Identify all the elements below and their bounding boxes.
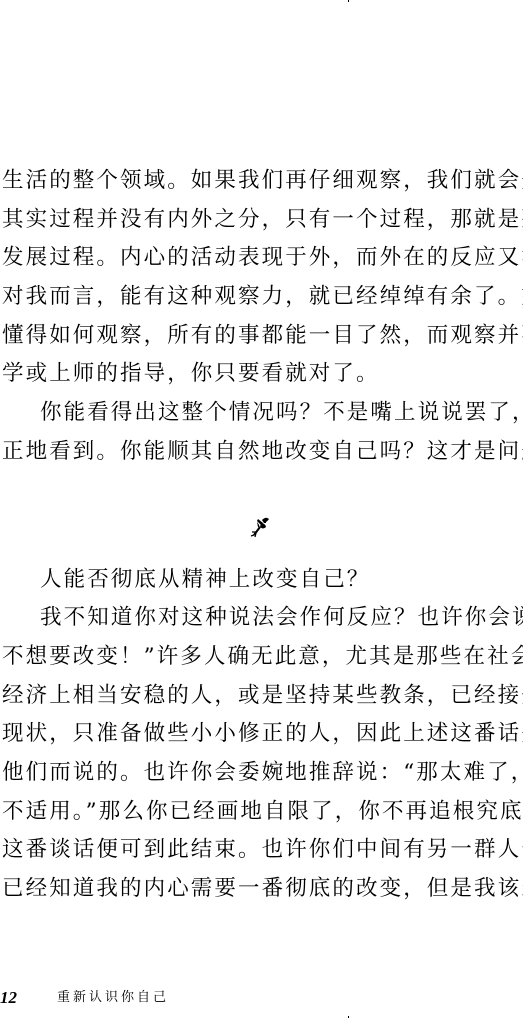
text-line: 已经知道我的内心需要一番彻底的改变，但是我该怎么办？ <box>2 875 523 903</box>
text-line: 其实过程并没有内外之分，只有一个过程，那就是整体性的 <box>2 206 523 234</box>
paragraph-start-line: 我不知道你对这种说法会作何反应？也许你会说：“我并 <box>40 604 523 632</box>
text-line: 发展过程。内心的活动表现于外，而外在的反应又源自内心。 <box>2 244 523 272</box>
floral-ornament-icon <box>246 514 276 546</box>
text-line: 不适用。”那么你已经画地自限了，你不再追根究底，我们 <box>2 798 523 826</box>
text-line: 生活的整个领域。如果我们再仔细观察，我们就会开始明白， <box>2 167 523 195</box>
text-line: 正地看到。你能顺其自然地改变自己吗？这才是问题所在。 <box>2 438 523 466</box>
text-line: 对我而言，能有这种观察力，就已经绰绰有余了。如果我们 <box>2 283 523 311</box>
page-number: 12 <box>0 988 17 1008</box>
section-heading: 人能否彻底从精神上改变自己？ <box>40 566 523 594</box>
book-page: 生活的整个领域。如果我们再仔细观察，我们就会开始明白， 其实过程并没有内外之分，… <box>0 0 523 1019</box>
scan-speck <box>348 0 349 2</box>
paragraph-start-line: 你能看得出这整个情况吗？不是嘴上说说罢了，而是真 <box>40 399 523 427</box>
running-footer-title: 重新认识你自己 <box>57 989 169 1007</box>
text-line: 经济上相当安稳的人，或是坚持某些教条，已经接受自己的 <box>2 682 523 710</box>
scan-speck <box>348 1016 349 1018</box>
text-line: 学或上师的指导，你只要看就对了。 <box>2 360 523 388</box>
text-line: 现状，只准备做些小小修正的人，因此上述这番话并非针对 <box>2 720 523 748</box>
text-line: 不想要改变！”许多人确无此意，尤其是那些在社会地位及 <box>2 643 523 671</box>
text-line: 懂得如何观察，所有的事都能一目了然，而观察并不需要哲 <box>2 322 523 350</box>
text-line: 他们而说的。也许你会委婉地推辞说：“那太难了，对我可能 <box>2 759 523 787</box>
text-line: 这番谈话便可到此结束。也许你们中间有另一群人会说：“我 <box>2 836 523 864</box>
